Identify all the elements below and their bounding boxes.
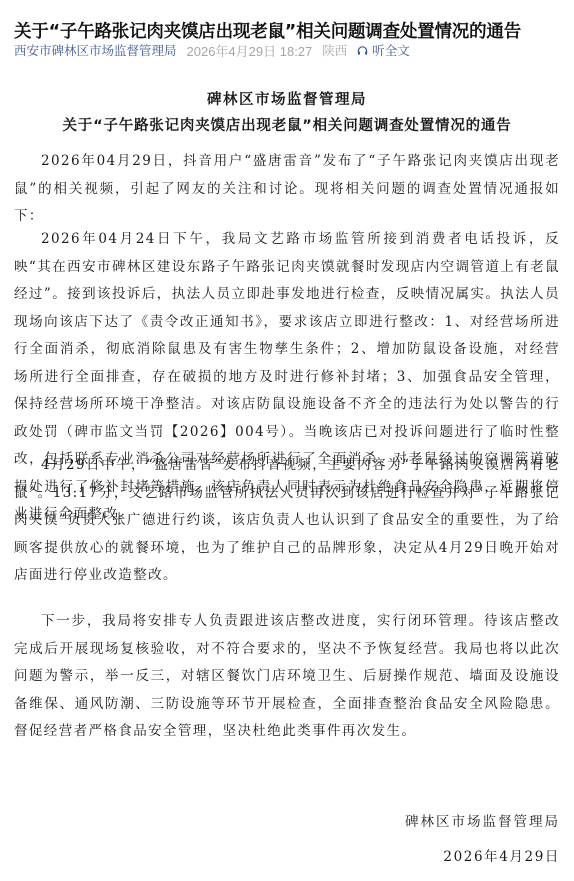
headphones-icon bbox=[357, 45, 368, 56]
publish-time: 2026年4月29日 18:27 bbox=[187, 41, 313, 60]
document-title: 关于“子午路张记肉夹馍店出现老鼠”相关问题调查处置情况的通告 bbox=[0, 114, 574, 135]
listen-label: 听全文 bbox=[372, 41, 410, 59]
paragraph-intro: 2026年04月29日，抖音用户“盛唐雷音”发布了“子午路张记肉夹馍店出现老鼠”… bbox=[14, 148, 560, 231]
signature-org: 碑林区市场监督管理局 bbox=[405, 810, 560, 830]
article-meta: 西安市碑林区市场监督管理局 2026年4月29日 18:27 陕西 听全文 bbox=[14, 40, 410, 60]
document-org-heading: 碑林区市场监督管理局 bbox=[0, 88, 574, 109]
paragraph-next-steps: 下一步，我局将安排专人负责跟进该店整改进度，实行闭环管理。待该店整改完成后开展现… bbox=[14, 608, 560, 746]
source-link[interactable]: 西安市碑林区市场监督管理局 bbox=[14, 41, 177, 59]
paragraph-followup: 4月29日中午，“盛唐雷音”发布抖音视频，主要内容为“子午路肉夹馍店内有老鼠”。… bbox=[14, 452, 560, 590]
listen-full-text-button[interactable]: 听全文 bbox=[357, 41, 410, 59]
region-label: 陕西 bbox=[322, 41, 347, 59]
signature-date: 2026年4月29日 bbox=[443, 845, 560, 865]
